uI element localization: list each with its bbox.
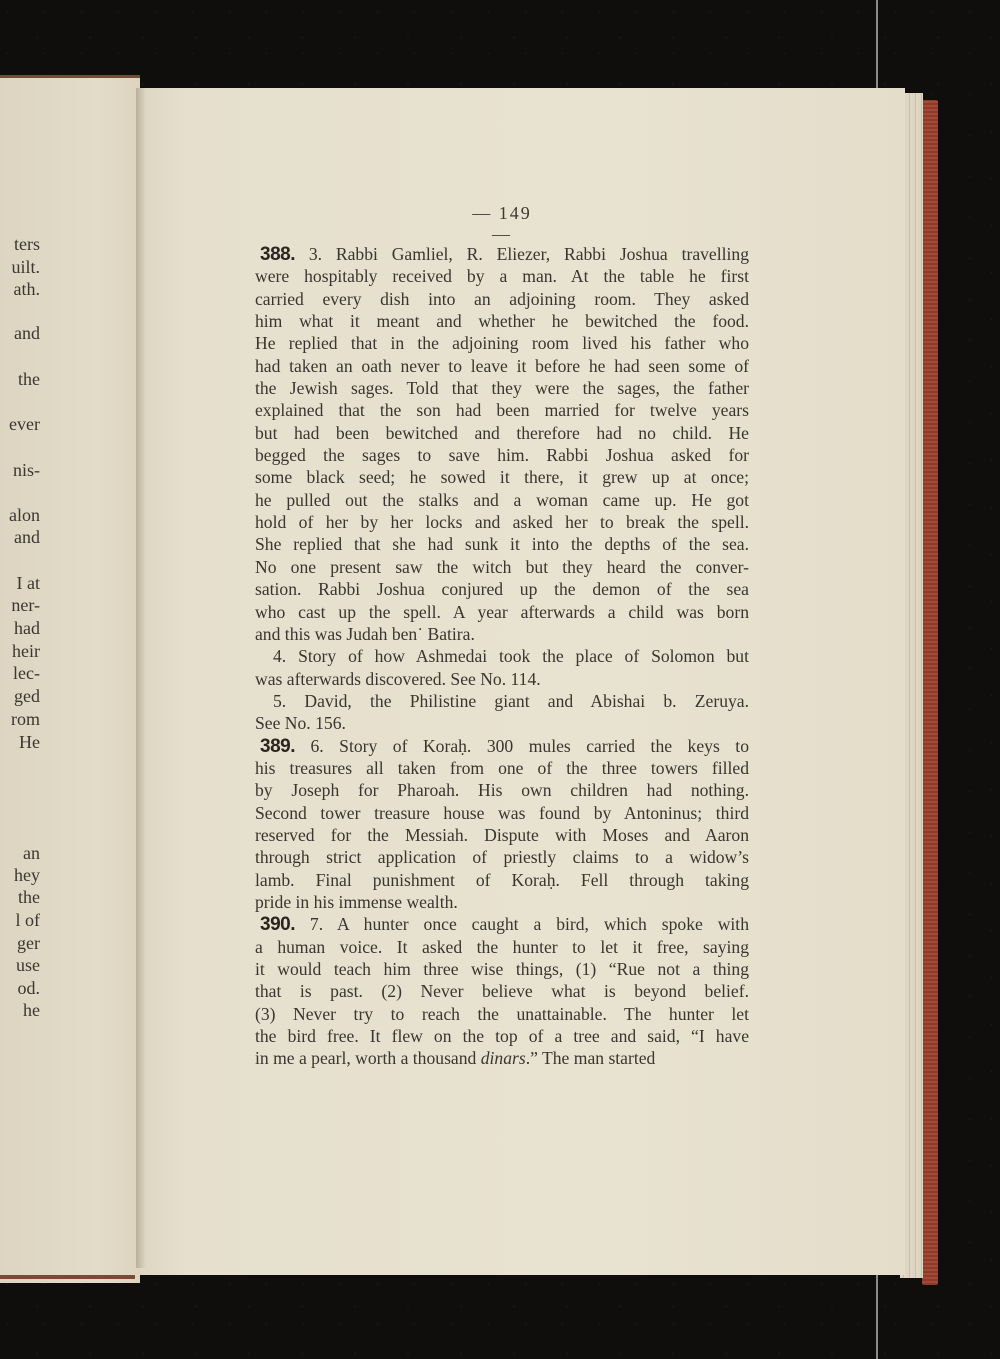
text-segment: some black seed; he sowed it there, it g…: [255, 467, 749, 487]
left-page-fragment: the: [0, 886, 40, 908]
text-line: carried every dish into an adjoining roo…: [255, 288, 749, 310]
text-line: were hospitably received by a man. At th…: [255, 265, 749, 287]
text-segment: begged the sages to save him. Rabbi Josh…: [255, 445, 749, 465]
text-line: sation. Rabbi Joshua conjured up the dem…: [255, 578, 749, 600]
text-line: 4. Story of how Ashmedai took the place …: [255, 645, 749, 667]
text-segment: in me a pearl, worth a thousand: [255, 1048, 481, 1068]
text-line: he pulled out the stalks and a woman cam…: [255, 489, 749, 511]
text-segment: he pulled out the stalks and a woman cam…: [255, 490, 749, 510]
text-line: Second tower treasure house was found by…: [255, 802, 749, 824]
text-line: explained that the son had been married …: [255, 399, 749, 421]
text-segment: lamb. Final punishment of Koraḥ. Fell th…: [255, 870, 749, 890]
left-page-fragment: an: [0, 842, 40, 864]
scanner-guide-line-top: [876, 0, 878, 90]
text-segment: it would teach him three wise things, (1…: [255, 959, 749, 979]
text-line: No one present saw the witch but they he…: [255, 556, 749, 578]
text-segment: reserved for the Messiah. Dispute with M…: [255, 825, 749, 845]
text-line: the Jewish sages. Told that they were th…: [255, 377, 749, 399]
book-gutter: [136, 88, 146, 1268]
entry-number: 389.: [260, 736, 295, 757]
left-page-fragment: heir: [0, 640, 40, 662]
left-page-fragment: ged: [0, 685, 40, 707]
text-line: lamb. Final punishment of Koraḥ. Fell th…: [255, 869, 749, 891]
text-line: (3) Never try to reach the unattainable.…: [255, 1003, 749, 1025]
text-segment: who cast up the spell. A year afterwards…: [255, 602, 749, 622]
text-segment: but had been bewitched and therefore had…: [255, 423, 749, 443]
text-line: him what it meant and whether he bewitch…: [255, 310, 749, 332]
text-segment: See No. 156.: [255, 713, 346, 733]
text-line: hold of her by her locks and asked her t…: [255, 511, 749, 533]
text-segment: was afterwards discovered. See No. 114.: [255, 669, 541, 689]
text-line: in me a pearl, worth a thousand dinars.”…: [255, 1047, 749, 1069]
text-segment: She replied that she had sunk it into th…: [255, 534, 749, 554]
text-segment: by Joseph for Pharoah. His own children …: [255, 780, 749, 800]
text-line: 390. 7. A hunter once caught a bird, whi…: [255, 913, 749, 935]
left-page-fragment: alon: [0, 504, 40, 526]
text-segment: and this was Judah ben˙ Batira.: [255, 624, 475, 644]
text-segment: 4. Story of how Ashmedai took the place …: [273, 646, 749, 666]
left-page-fragment: od.: [0, 977, 40, 999]
left-page-fragment: ger: [0, 932, 40, 954]
book-cover-edge: [922, 100, 938, 1285]
text-line: who cast up the spell. A year afterwards…: [255, 601, 749, 623]
left-page-fragment: hey: [0, 864, 40, 886]
left-page-fragment: and: [0, 322, 40, 344]
text-segment: the bird free. It flew on the top of a t…: [255, 1026, 749, 1046]
text-segment: Second tower treasure house was found by…: [255, 803, 749, 823]
text-segment: No one present saw the witch but they he…: [255, 557, 749, 577]
text-line: that is past. (2) Never believe what is …: [255, 980, 749, 1002]
text-line: 5. David, the Philistine giant and Abish…: [255, 690, 749, 712]
left-page-fragment: nis-: [0, 459, 40, 481]
left-page-fragment: He: [0, 731, 40, 753]
text-segment: his treasures all taken from one of the …: [255, 758, 749, 778]
text-line: through strict application of priestly c…: [255, 846, 749, 868]
text-line: 388. 3. Rabbi Gamliel, R. Eliezer, Rabbi…: [255, 243, 749, 265]
text-segment: carried every dish into an adjoining roo…: [255, 289, 749, 309]
text-segment: were hospitably received by a man. At th…: [255, 266, 749, 286]
text-segment: pride in his immense wealth.: [255, 892, 458, 912]
text-line: reserved for the Messiah. Dispute with M…: [255, 824, 749, 846]
text-line: a human voice. It asked the hunter to le…: [255, 936, 749, 958]
text-segment: 6. Story of Koraḥ. 300 mules carried the…: [295, 736, 749, 756]
text-line: some black seed; he sowed it there, it g…: [255, 466, 749, 488]
left-page-fragment: lec-: [0, 662, 40, 684]
text-line: his treasures all taken from one of the …: [255, 757, 749, 779]
page-body-text: 388. 3. Rabbi Gamliel, R. Eliezer, Rabbi…: [255, 243, 749, 1070]
italic-term: dinars: [481, 1048, 526, 1068]
left-page-fragment: the: [0, 368, 40, 390]
left-page-fragment: I at: [0, 572, 40, 594]
left-page-fragment: ner-: [0, 594, 40, 616]
text-segment: that is past. (2) Never believe what is …: [255, 981, 749, 1001]
entry-number: 388.: [260, 244, 295, 265]
text-line: was afterwards discovered. See No. 114.: [255, 668, 749, 690]
text-line: She replied that she had sunk it into th…: [255, 533, 749, 555]
scanner-guide-line-bottom: [876, 1275, 878, 1359]
text-line: pride in his immense wealth.: [255, 891, 749, 913]
text-line: had taken an oath never to leave it befo…: [255, 355, 749, 377]
left-page-fragment: he: [0, 999, 40, 1021]
left-page-fragment: l of: [0, 909, 40, 931]
text-segment: had taken an oath never to leave it befo…: [255, 356, 749, 376]
entry-number: 390.: [260, 914, 295, 935]
text-segment: hold of her by her locks and asked her t…: [255, 512, 749, 532]
text-line: it would teach him three wise things, (1…: [255, 958, 749, 980]
text-segment: (3) Never try to reach the unattainable.…: [255, 1004, 749, 1024]
text-line: He replied that in the adjoining room li…: [255, 332, 749, 354]
text-segment: the Jewish sages. Told that they were th…: [255, 378, 749, 398]
text-segment: .” The man started: [526, 1048, 656, 1068]
left-page-fragment: ever: [0, 413, 40, 435]
text-segment: 5. David, the Philistine giant and Abish…: [273, 691, 749, 711]
text-segment: 7. A hunter once caught a bird, which sp…: [295, 914, 749, 934]
text-line: See No. 156.: [255, 712, 749, 734]
text-segment: He replied that in the adjoining room li…: [255, 333, 749, 353]
left-page-fragment: and: [0, 526, 40, 548]
text-segment: through strict application of priestly c…: [255, 847, 749, 867]
left-cover-edge-bottom: [0, 1275, 135, 1279]
text-line: 389. 6. Story of Koraḥ. 300 mules carrie…: [255, 735, 749, 757]
text-segment: him what it meant and whether he bewitch…: [255, 311, 749, 331]
text-segment: sation. Rabbi Joshua conjured up the dem…: [255, 579, 749, 599]
text-line: the bird free. It flew on the top of a t…: [255, 1025, 749, 1047]
text-segment: explained that the son had been married …: [255, 400, 749, 420]
page-number: — 149 —: [462, 203, 542, 245]
text-line: by Joseph for Pharoah. His own children …: [255, 779, 749, 801]
text-segment: 3. Rabbi Gamliel, R. Eliezer, Rabbi Josh…: [295, 244, 749, 264]
text-segment: a human voice. It asked the hunter to le…: [255, 937, 749, 957]
left-page-fragment: rom: [0, 708, 40, 730]
left-page-fragment: uilt.: [0, 256, 40, 278]
text-line: and this was Judah ben˙ Batira.: [255, 623, 749, 645]
left-page-fragment: ters: [0, 233, 40, 255]
text-line: begged the sages to save him. Rabbi Josh…: [255, 444, 749, 466]
text-line: but had been bewitched and therefore had…: [255, 422, 749, 444]
left-page-fragment: had: [0, 617, 40, 639]
left-page-fragment: ath.: [0, 278, 40, 300]
left-page-fragment: use: [0, 954, 40, 976]
